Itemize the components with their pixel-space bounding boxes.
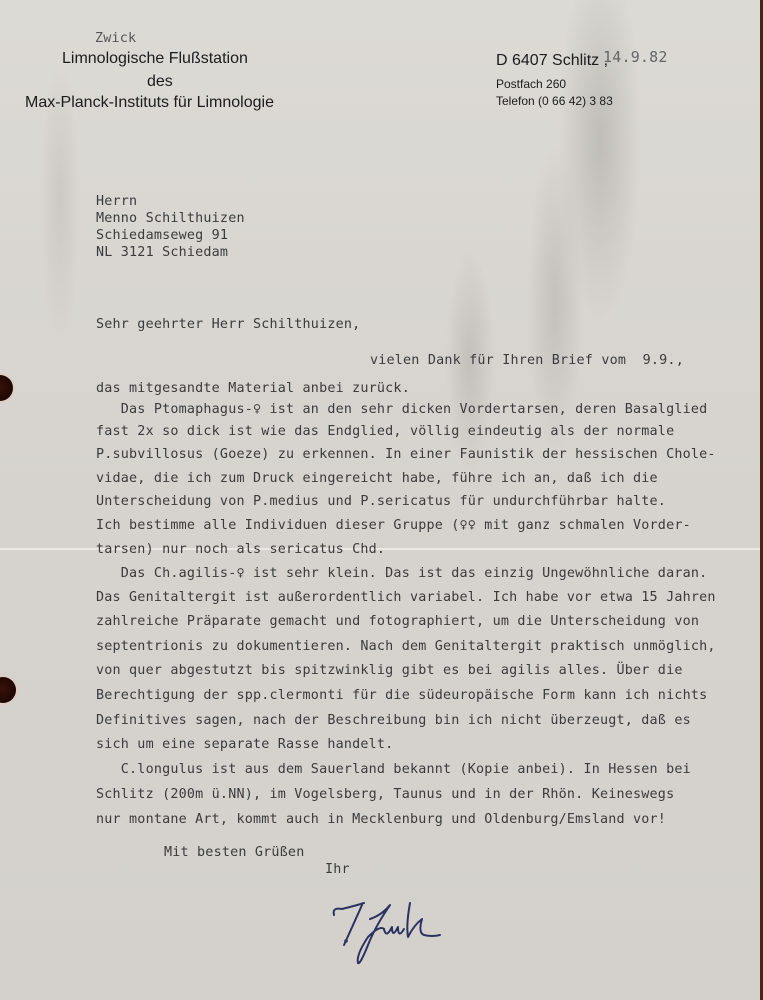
body-line: Definitives sagen, nach der Beschreibung…	[96, 713, 691, 728]
body-line: fast 2x so dick ist wie das Endglied, vö…	[96, 424, 674, 439]
letterhead-line-1: Limnologische Flußstation	[62, 50, 248, 68]
recipient-street: Schiedamseweg 91	[96, 228, 228, 243]
body-line: nur montane Art, kommt auch in Mecklenbu…	[96, 812, 666, 827]
body-line: das mitgesandte Material anbei zurück.	[96, 381, 410, 396]
body-line: tarsen) nur noch als sericatus Chd.	[96, 542, 385, 557]
closing: Mit besten Grüßen	[164, 845, 304, 860]
letterhead-telefon: Telefon (0 66 42) 3 83	[496, 94, 613, 108]
letter-date: 14.9.82	[603, 48, 668, 66]
letterhead-postfach: Postfach 260	[496, 77, 566, 91]
body-line: von quer abgestutzt bis spitzwinklig gib…	[96, 663, 683, 678]
body-line: sich um eine separate Rasse handelt.	[96, 737, 393, 752]
body-line: zahlreiche Präparate gemacht und fotogra…	[96, 614, 699, 629]
body-line: C.longulus ist aus dem Sauerland bekannt…	[96, 762, 691, 777]
typed-sender-name: Zwick	[95, 31, 136, 46]
recipient-name: Menno Schilthuizen	[96, 211, 245, 226]
body-line: vidae, die ich zum Druck eingereicht hab…	[96, 471, 658, 486]
body-line: Schlitz (200m ü.NN), im Vogelsberg, Taun…	[96, 787, 674, 802]
letterhead-place: D 6407 Schlitz ,	[496, 52, 608, 70]
letterhead-line-3: Max-Planck-Instituts für Limnologie	[25, 94, 274, 112]
recipient-city: NL 3121 Schiedam	[96, 245, 228, 260]
body-line: vielen Dank für Ihren Brief vom 9.9.,	[370, 353, 684, 368]
body-line: P.subvillosus (Goeze) zu erkennen. In ei…	[96, 447, 716, 462]
recipient-title: Herrn	[96, 194, 137, 209]
body-line: septentrionis zu dokumentieren. Nach dem…	[96, 639, 716, 654]
body-line: Berechtigung der spp.clermonti für die s…	[96, 688, 707, 703]
greeting: Sehr geehrter Herr Schilthuizen,	[96, 317, 360, 332]
body-line: Das Genitaltergit ist außerordentlich va…	[96, 590, 716, 605]
signature-icon	[328, 895, 458, 975]
closing-ihr: Ihr	[325, 862, 350, 877]
handwritten-signature	[328, 895, 458, 980]
body-line: Ich bestimme alle Individuen dieser Grup…	[96, 518, 691, 533]
letterhead-line-2: des	[147, 73, 173, 91]
body-line: Das Ch.agilis-♀ ist sehr klein. Das ist …	[96, 566, 707, 581]
body-line: Das Ptomaphagus-♀ ist an den sehr dicken…	[96, 402, 707, 417]
body-line: Unterscheidung von P.medius und P.serica…	[96, 494, 666, 509]
